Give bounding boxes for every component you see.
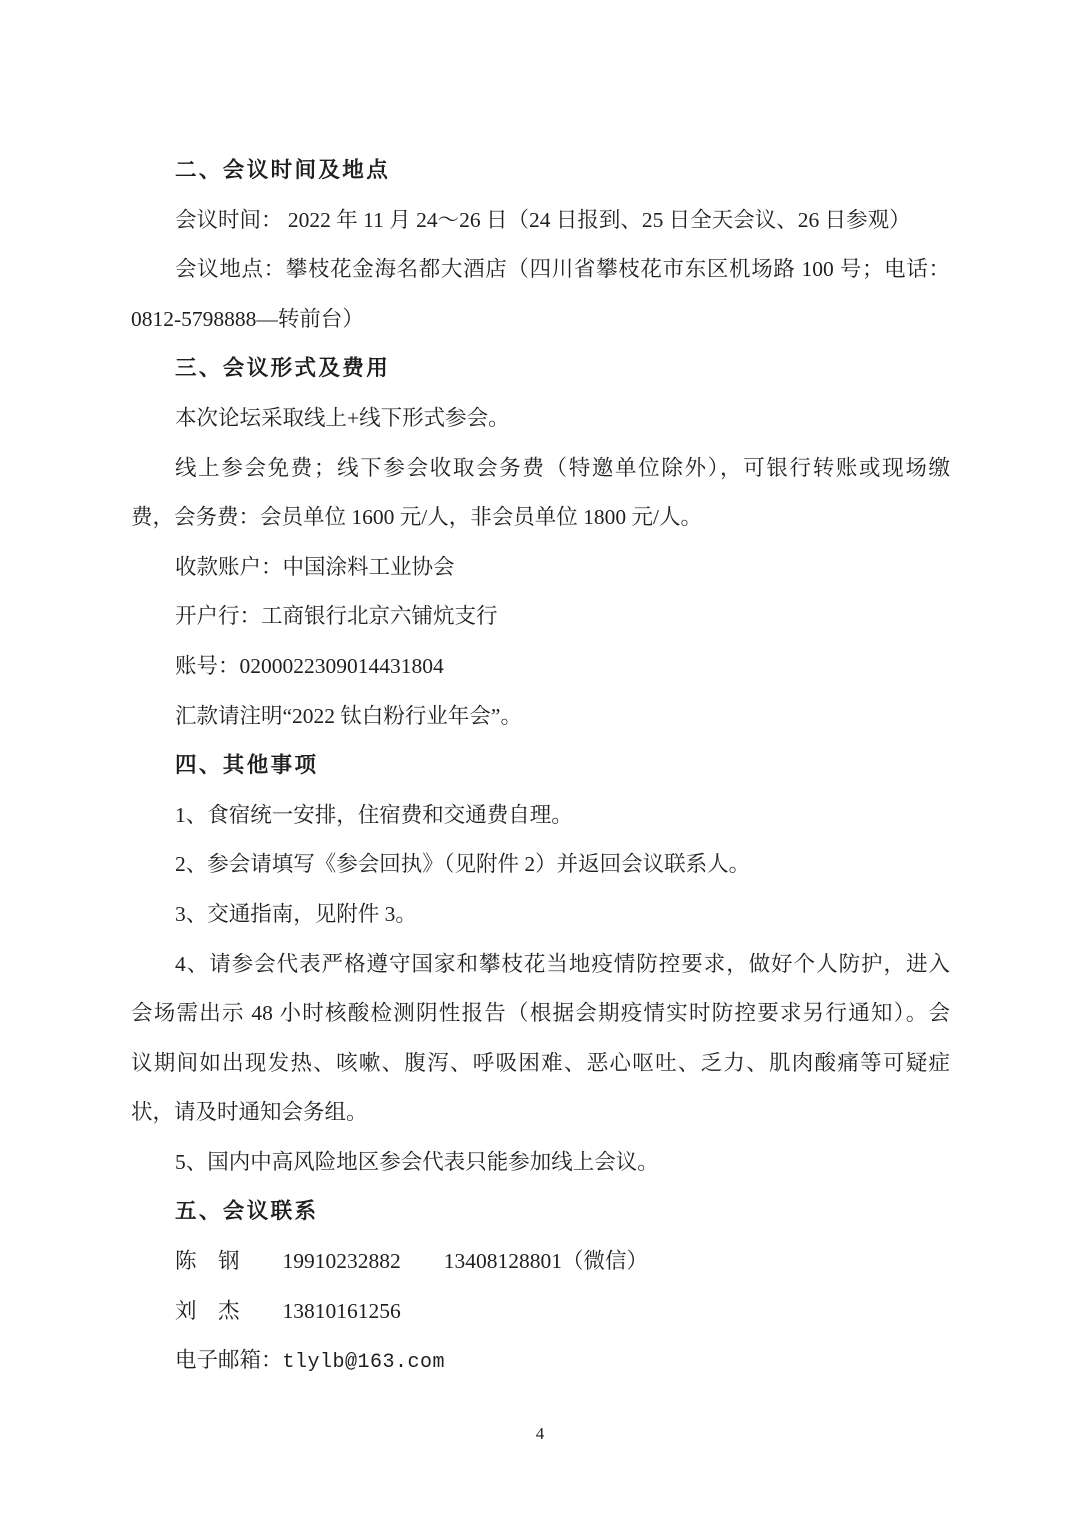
bank-branch-line: 开户行：工商银行北京六铺炕支行 bbox=[131, 592, 950, 642]
page-number: 4 bbox=[536, 1424, 545, 1443]
section-4-heading: 四、其他事项 bbox=[131, 741, 950, 791]
other-item-5: 5、国内中高风险地区参会代表只能参加线上会议。 bbox=[131, 1138, 950, 1188]
other-item-3: 3、交通指南，见附件 3。 bbox=[131, 890, 950, 940]
other-item-4-line-3: 议期间如出现发热、咳嗽、腹泻、呼吸困难、恶心呕吐、乏力、肌肉酸痛等可疑症 bbox=[131, 1039, 950, 1089]
meeting-place-line-2: 0812-5798888—转前台） bbox=[131, 295, 950, 345]
section-5-heading: 五、会议联系 bbox=[131, 1187, 950, 1237]
other-item-4-line-4: 状，请及时通知会务组。 bbox=[131, 1088, 950, 1138]
meeting-format-line: 本次论坛采取线上+线下形式参会。 bbox=[131, 394, 950, 444]
fee-line-2: 费，会务费：会员单位 1600 元/人，非会员单位 1800 元/人。 bbox=[131, 493, 950, 543]
email-address: tlylb@163.com bbox=[283, 1351, 446, 1374]
account-number-line: 账号：0200022309014431804 bbox=[131, 642, 950, 692]
email-line: 电子邮箱：tlylb@163.com bbox=[131, 1336, 950, 1386]
document-page: 二、会议时间及地点 会议时间： 2022 年 11 月 24～26 日（24 日… bbox=[0, 0, 1080, 1527]
other-item-4-line-1: 4、请参会代表严格遵守国家和攀枝花当地疫情防控要求，做好个人防护，进入 bbox=[131, 940, 950, 990]
section-2-heading: 二、会议时间及地点 bbox=[131, 146, 950, 196]
page-footer: 4 bbox=[0, 1422, 1080, 1446]
other-item-4-line-2: 会场需出示 48 小时核酸检测阴性报告（根据会期疫情实时防控要求另行通知）。会 bbox=[131, 989, 950, 1039]
other-item-1: 1、食宿统一安排，住宿费和交通费自理。 bbox=[131, 791, 950, 841]
contact-chen-gang-line: 陈 钢 19910232882 13408128801（微信） bbox=[131, 1237, 950, 1287]
other-item-2: 2、参会请填写《参会回执》（见附件 2）并返回会议联系人。 bbox=[131, 840, 950, 890]
fee-line-1: 线上参会免费；线下参会收取会务费（特邀单位除外），可银行转账或现场缴 bbox=[131, 444, 950, 494]
meeting-time-line: 会议时间： 2022 年 11 月 24～26 日（24 日报到、25 日全天会… bbox=[131, 196, 950, 246]
section-3-heading: 三、会议形式及费用 bbox=[131, 344, 950, 394]
email-label: 电子邮箱： bbox=[175, 1348, 283, 1372]
meeting-place-line-1: 会议地点：攀枝花金海名都大酒店（四川省攀枝花市东区机场路 100 号；电话： bbox=[131, 245, 950, 295]
document-body: 二、会议时间及地点 会议时间： 2022 年 11 月 24～26 日（24 日… bbox=[131, 146, 950, 1386]
remittance-note-line: 汇款请注明“2022 钛白粉行业年会”。 bbox=[131, 692, 950, 742]
payee-account-line: 收款账户：中国涂料工业协会 bbox=[131, 543, 950, 593]
contact-liu-jie-line: 刘 杰 13810161256 bbox=[131, 1287, 950, 1337]
